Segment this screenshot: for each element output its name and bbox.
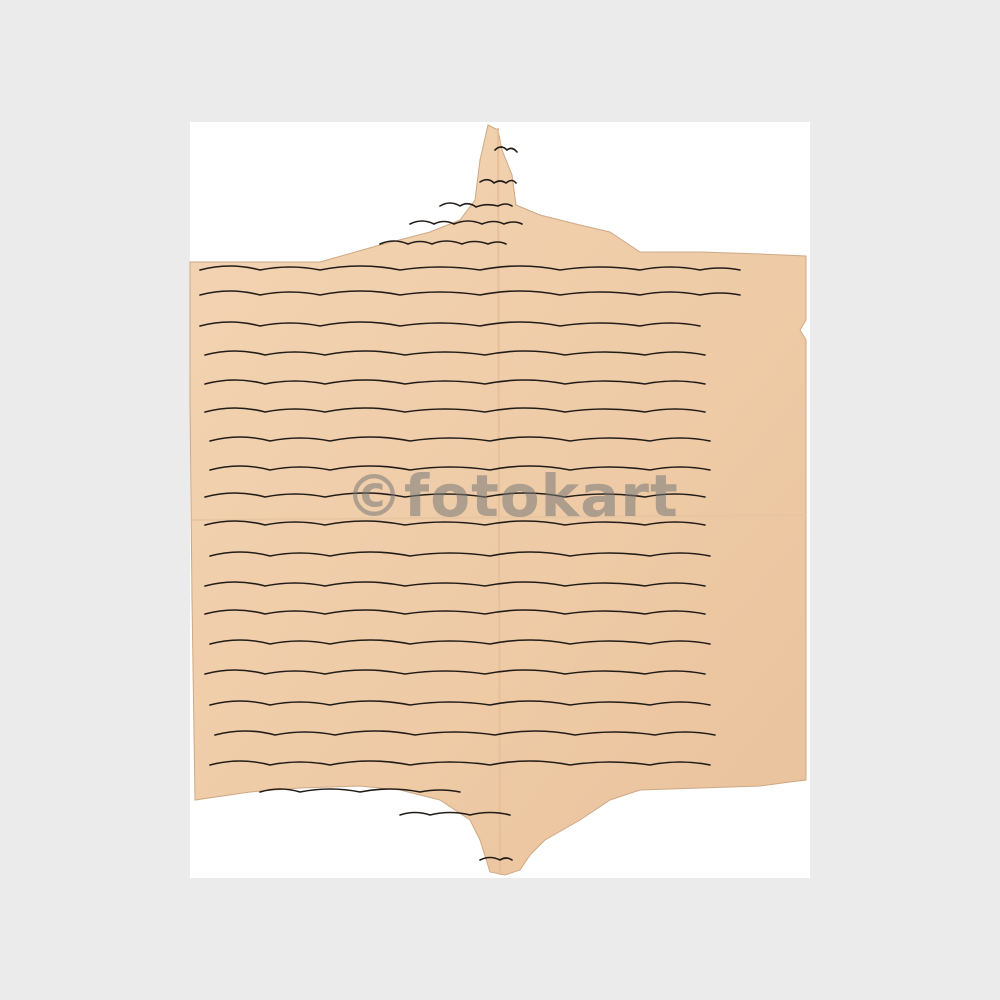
watermark: ©fotokart [345, 462, 679, 530]
